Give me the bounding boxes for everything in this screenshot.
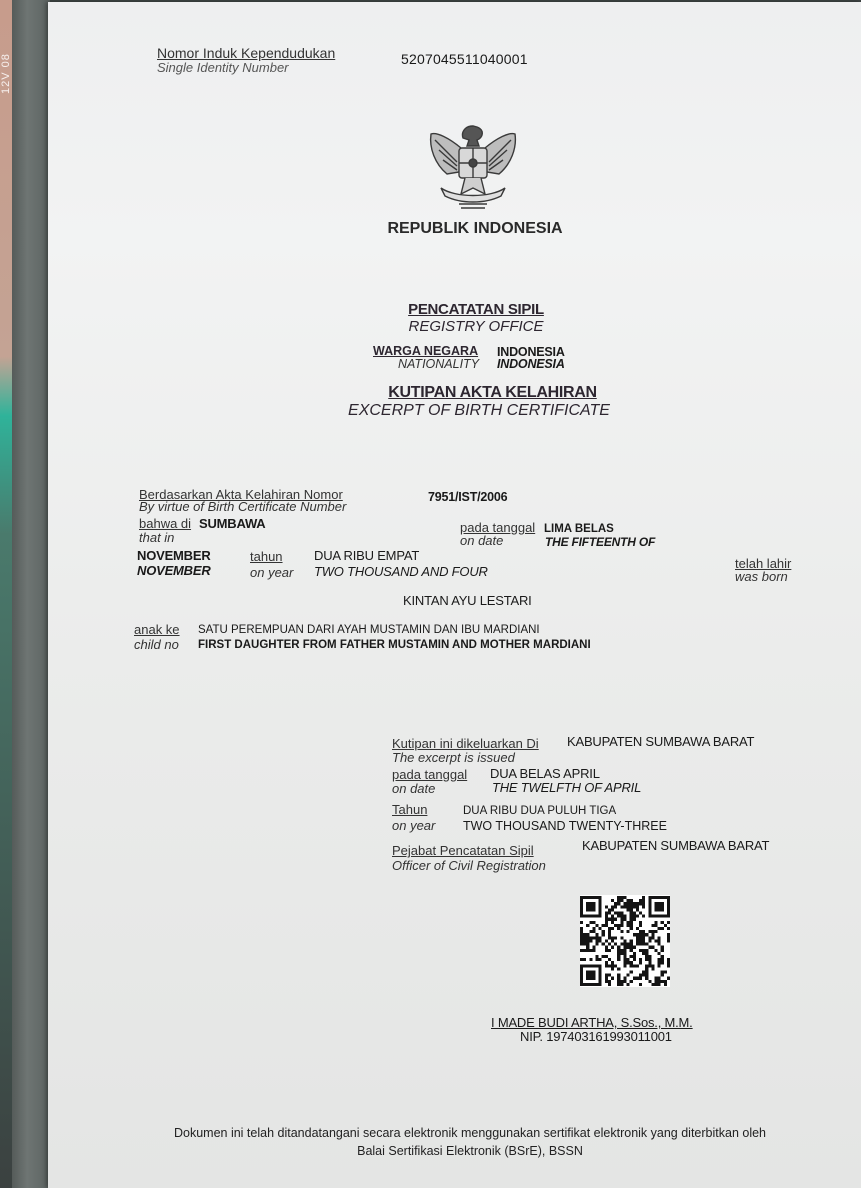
document-title: KUTIPAN AKTA KELAHIRAN	[0, 384, 861, 402]
document-title-en: EXCERPT OF BIRTH CERTIFICATE	[0, 402, 861, 420]
issue-date-value-en: THE TWELFTH OF APRIL	[492, 781, 641, 794]
year-value: DUA RIBU EMPAT	[314, 549, 419, 563]
year-label-en: on year	[250, 566, 293, 579]
month-value: NOVEMBER	[137, 549, 211, 563]
child-name: KINTAN AYU LESTARI	[403, 594, 532, 608]
year-value-en: TWO THOUSAND AND FOUR	[314, 565, 488, 578]
issue-year-value: DUA RIBU DUA PULUH TIGA	[463, 805, 616, 817]
qr-code-icon[interactable]	[580, 895, 670, 987]
nationality-value-en: INDONESIA	[497, 358, 565, 371]
issued-label: Kutipan ini dikeluarkan Di	[392, 737, 539, 751]
issued-value: KABUPATEN SUMBAWA BARAT	[567, 735, 754, 749]
issue-year-label: Tahun	[392, 803, 427, 817]
nik-label-en: Single Identity Number	[157, 61, 289, 74]
place-label-en: that in	[139, 531, 174, 544]
garuda-pancasila-emblem-icon	[425, 118, 521, 216]
footer-line-1: Dokumen ini telah ditandatangani secara …	[0, 1126, 861, 1140]
month-value-en: NOVEMBER	[137, 564, 211, 577]
issue-year-label-en: on year	[392, 819, 435, 832]
signatory-nip: NIP. 197403161993011001	[520, 1030, 672, 1044]
year-label: tahun	[250, 550, 283, 564]
issue-date-label: pada tanggal	[392, 768, 467, 782]
officer-label: Pejabat Pencatatan Sipil	[392, 844, 534, 858]
date-label-en: on date	[460, 534, 503, 547]
issue-date-label-en: on date	[392, 782, 435, 795]
child-no-label-en: child no	[134, 638, 179, 651]
issue-date-value: DUA BELAS APRIL	[490, 767, 600, 781]
nik-label: Nomor Induk Kependudukan	[157, 46, 335, 60]
nationality-label-en: NATIONALITY	[398, 358, 479, 371]
place-value: SUMBAWA	[199, 517, 266, 531]
officer-label-en: Officer of Civil Registration	[392, 859, 546, 872]
child-no-label: anak ke	[134, 623, 180, 637]
cert-no-value: 7951/IST/2006	[428, 490, 507, 504]
binder-spine	[12, 0, 50, 1188]
country-title: REPUBLIK INDONESIA	[0, 220, 861, 238]
cert-no-label-en: By virtue of Birth Certificate Number	[139, 500, 346, 513]
office-title: PENCATATAN SIPIL	[0, 301, 861, 318]
signatory-name: I MADE BUDI ARTHA, S.Sos., M.M.	[491, 1016, 693, 1030]
nationality-label: WARGA NEGARA	[373, 344, 478, 358]
place-label: bahwa di	[139, 517, 191, 531]
born-label-en: was born	[735, 570, 788, 583]
date-value: LIMA BELAS	[544, 523, 614, 535]
child-no-value: SATU PEREMPUAN DARI AYAH MUSTAMIN DAN IB…	[198, 624, 540, 636]
child-no-value-en: FIRST DAUGHTER FROM FATHER MUSTAMIN AND …	[198, 639, 591, 651]
issue-year-value-en: TWO THOUSAND TWENTY-THREE	[463, 819, 667, 833]
date-value-en: THE FIFTEENTH OF	[545, 536, 655, 549]
officer-value: KABUPATEN SUMBAWA BARAT	[582, 839, 769, 853]
office-title-en: REGISTRY OFFICE	[0, 318, 861, 335]
footer-line-2: Balai Sertifikasi Elektronik (BSrE), BSS…	[0, 1144, 861, 1158]
nik-value: 5207045511040001	[401, 52, 528, 66]
issued-label-en: The excerpt is issued	[392, 751, 515, 764]
